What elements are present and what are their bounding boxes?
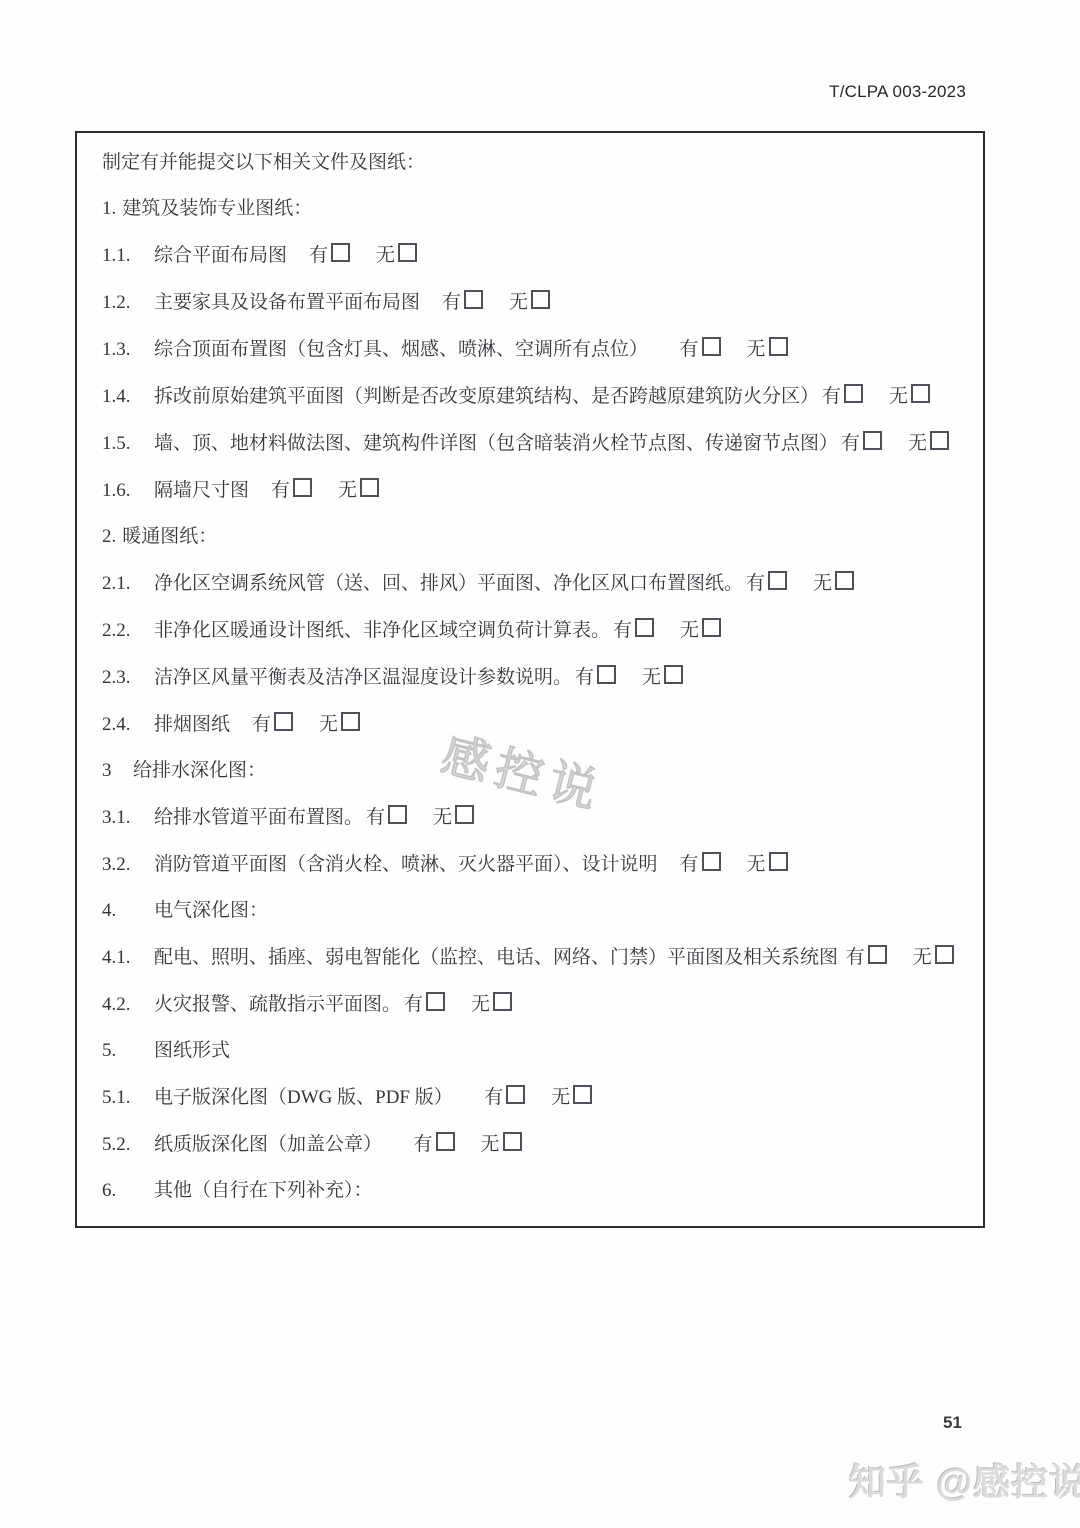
item-number: 4.2. — [102, 993, 154, 1017]
document-page: T/CLPA 003-2023 制定有并能提交以下相关文件及图纸：1.建筑及装饰… — [0, 0, 1080, 1528]
item-label: 图纸形式 — [154, 1040, 230, 1061]
checklist-row: 4.电气深化图： — [102, 899, 961, 923]
yes-no-checkboxes: 有无 — [846, 947, 954, 968]
no-option: 无 — [319, 712, 360, 737]
no-option: 无 — [642, 665, 683, 690]
yes-option: 有 — [414, 1132, 455, 1157]
no-checkbox[interactable] — [531, 290, 550, 309]
checklist-row: 1.5.墙、顶、地材料做法图、建筑构件详图（包含暗装消火栓节点图、传递窗节点图）… — [102, 431, 961, 456]
checklist-row: 5.1.电子版深化图（DWG 版、PDF 版） 有无 — [102, 1085, 961, 1110]
yes-label: 有 — [846, 947, 865, 968]
no-label: 无 — [481, 1134, 500, 1155]
yes-option: 有 — [309, 243, 350, 268]
checklist-row: 2.1.净化区空调系统风管（送、回、排风）平面图、净化区风口布置图纸。有无 — [102, 571, 961, 596]
checklist-row: 1.4.拆改前原始建筑平面图（判断是否改变原建筑结构、是否跨越原建筑防火分区）有… — [102, 384, 961, 409]
item-label: 制定有并能提交以下相关文件及图纸： — [102, 152, 425, 173]
item-label: 其他（自行在下列补充）： — [154, 1180, 373, 1201]
yes-no-checkboxes: 有无 — [613, 620, 721, 641]
item-number: 1.3. — [102, 338, 154, 362]
no-option: 无 — [680, 618, 721, 643]
yes-checkbox[interactable] — [388, 805, 407, 824]
no-option: 无 — [481, 1132, 522, 1157]
yes-no-checkboxes: 有无 — [746, 573, 854, 594]
yes-option: 有 — [680, 337, 721, 362]
yes-option: 有 — [613, 618, 654, 643]
no-label: 无 — [747, 339, 766, 360]
checklist-row: 1.建筑及装饰专业图纸： — [102, 197, 961, 221]
yes-checkbox[interactable] — [702, 852, 721, 871]
yes-option: 有 — [846, 945, 887, 970]
checklist-row: 1.2.主要家具及设备布置平面布局图 有无 — [102, 290, 961, 315]
yes-no-checkboxes: 有无 — [414, 1134, 522, 1155]
yes-option: 有 — [822, 384, 863, 409]
checklist-row: 2.2.非净化区暖通设计图纸、非净化区域空调负荷计算表。有无 — [102, 618, 961, 643]
item-label: 净化区空调系统风管（送、回、排风）平面图、净化区风口布置图纸。 — [154, 573, 743, 594]
yes-no-checkboxes: 有无 — [366, 807, 474, 828]
yes-no-checkboxes: 有无 — [484, 1087, 592, 1108]
yes-option: 有 — [746, 571, 787, 596]
item-number: 5.2. — [102, 1133, 154, 1157]
yes-checkbox[interactable] — [436, 1132, 455, 1151]
no-checkbox[interactable] — [935, 945, 954, 964]
no-label: 无 — [747, 854, 766, 875]
no-label: 无 — [913, 947, 932, 968]
no-label: 无 — [889, 386, 908, 407]
no-option: 无 — [551, 1085, 592, 1110]
yes-no-checkboxes: 有无 — [271, 480, 379, 501]
item-number: 2.2. — [102, 619, 154, 643]
checklist-rows: 制定有并能提交以下相关文件及图纸：1.建筑及装饰专业图纸：1.1.综合平面布局图… — [102, 151, 961, 1203]
yes-label: 有 — [746, 573, 765, 594]
checklist-row: 2.暖通图纸： — [102, 525, 961, 549]
yes-no-checkboxes: 有无 — [680, 854, 788, 875]
yes-checkbox[interactable] — [426, 992, 445, 1011]
checklist-row: 3给排水深化图： — [102, 759, 961, 783]
yes-checkbox[interactable] — [868, 945, 887, 964]
no-label: 无 — [680, 620, 699, 641]
item-label: 墙、顶、地材料做法图、建筑构件详图（包含暗装消火栓节点图、传递窗节点图） — [154, 433, 838, 454]
yes-label: 有 — [680, 854, 699, 875]
checklist-row: 1.1.综合平面布局图 有无 — [102, 243, 961, 268]
yes-label: 有 — [271, 480, 290, 501]
checklist-row: 4.2.火灾报警、疏散指示平面图。有无 — [102, 992, 961, 1017]
yes-checkbox[interactable] — [597, 665, 616, 684]
item-label: 给排水深化图： — [133, 760, 266, 781]
no-label: 无 — [908, 433, 927, 454]
item-number: 1.4. — [102, 385, 154, 409]
no-label: 无 — [813, 573, 832, 594]
item-label: 隔墙尺寸图 — [154, 480, 268, 501]
item-number: 1.6. — [102, 479, 154, 503]
item-number: 5. — [102, 1039, 154, 1063]
yes-no-checkboxes: 有无 — [822, 386, 930, 407]
no-checkbox[interactable] — [769, 337, 788, 356]
yes-label: 有 — [414, 1134, 433, 1155]
item-number: 2.3. — [102, 666, 154, 690]
checklist-row: 5.2.纸质版深化图（加盖公章） 有无 — [102, 1132, 961, 1157]
no-label: 无 — [433, 807, 452, 828]
item-number: 1. — [102, 197, 116, 221]
yes-no-checkboxes: 有无 — [442, 292, 550, 313]
item-label: 拆改前原始建筑平面图（判断是否改变原建筑结构、是否跨越原建筑防火分区） — [154, 386, 819, 407]
no-option: 无 — [913, 945, 954, 970]
no-option: 无 — [813, 571, 854, 596]
no-checkbox[interactable] — [503, 1132, 522, 1151]
item-label: 火灾报警、疏散指示平面图。 — [154, 994, 401, 1015]
yes-option: 有 — [271, 478, 312, 503]
item-label: 消防管道平面图（含消火栓、喷淋、灭火器平面）、设计说明 — [154, 854, 677, 875]
page-number: 51 — [943, 1413, 962, 1433]
yes-checkbox[interactable] — [702, 337, 721, 356]
no-checkbox[interactable] — [835, 571, 854, 590]
yes-option: 有 — [442, 290, 483, 315]
yes-label: 有 — [252, 714, 271, 735]
yes-label: 有 — [680, 339, 699, 360]
yes-checkbox[interactable] — [635, 618, 654, 637]
yes-checkbox[interactable] — [844, 384, 863, 403]
yes-no-checkboxes: 有无 — [841, 433, 949, 454]
standard-code: T/CLPA 003-2023 — [829, 82, 966, 102]
no-option: 无 — [376, 243, 417, 268]
item-label: 主要家具及设备布置平面布局图 — [154, 292, 439, 313]
item-number: 3.2. — [102, 853, 154, 877]
no-checkbox[interactable] — [455, 805, 474, 824]
item-label: 纸质版深化图（加盖公章） — [154, 1134, 411, 1155]
no-checkbox[interactable] — [493, 992, 512, 1011]
item-number: 6. — [102, 1179, 154, 1203]
item-number: 4. — [102, 899, 154, 923]
no-checkbox[interactable] — [341, 712, 360, 731]
checklist-row: 2.3.洁净区风量平衡表及洁净区温湿度设计参数说明。有无 — [102, 665, 961, 690]
no-checkbox[interactable] — [911, 384, 930, 403]
item-number: 3.1. — [102, 806, 154, 830]
no-option: 无 — [338, 478, 379, 503]
no-label: 无 — [509, 292, 528, 313]
no-label: 无 — [471, 994, 490, 1015]
yes-checkbox[interactable] — [464, 290, 483, 309]
yes-no-checkboxes: 有无 — [404, 994, 512, 1015]
checklist-row: 制定有并能提交以下相关文件及图纸： — [102, 151, 961, 175]
yes-no-checkboxes: 有无 — [575, 667, 683, 688]
no-checkbox[interactable] — [664, 665, 683, 684]
yes-no-checkboxes: 有无 — [252, 714, 360, 735]
yes-checkbox[interactable] — [506, 1085, 525, 1104]
yes-label: 有 — [309, 245, 328, 266]
item-number: 2.1. — [102, 572, 154, 596]
yes-checkbox[interactable] — [863, 431, 882, 450]
no-option: 无 — [889, 384, 930, 409]
no-checkbox[interactable] — [573, 1085, 592, 1104]
item-label: 电子版深化图（DWG 版、PDF 版） — [154, 1087, 481, 1108]
item-number: 2. — [102, 525, 116, 549]
item-label: 非净化区暖通设计图纸、非净化区域空调负荷计算表。 — [154, 620, 610, 641]
yes-option: 有 — [575, 665, 616, 690]
checklist-box: 制定有并能提交以下相关文件及图纸：1.建筑及装饰专业图纸：1.1.综合平面布局图… — [75, 131, 985, 1228]
item-number: 5.1. — [102, 1086, 154, 1110]
item-label: 洁净区风量平衡表及洁净区温湿度设计参数说明。 — [154, 667, 572, 688]
yes-no-checkboxes: 有无 — [309, 245, 417, 266]
no-option: 无 — [747, 852, 788, 877]
yes-option: 有 — [841, 431, 882, 456]
item-label: 排烟图纸 — [154, 714, 249, 735]
item-label: 电气深化图： — [154, 900, 268, 921]
yes-option: 有 — [680, 852, 721, 877]
checklist-row: 4.1.配电、照明、插座、弱电智能化（监控、电话、网络、门禁）平面图及相关系统图… — [102, 945, 961, 970]
yes-no-checkboxes: 有无 — [680, 339, 788, 360]
no-checkbox[interactable] — [769, 852, 788, 871]
checklist-row: 1.3.综合顶面布置图（包含灯具、烟感、喷淋、空调所有点位） 有无 — [102, 337, 961, 362]
item-label: 建筑及装饰专业图纸： — [122, 198, 312, 219]
no-checkbox[interactable] — [702, 618, 721, 637]
yes-option: 有 — [404, 992, 445, 1017]
checklist-row: 6.其他（自行在下列补充）： — [102, 1179, 961, 1203]
item-label: 综合平面布局图 — [154, 245, 306, 266]
no-label: 无 — [642, 667, 661, 688]
yes-label: 有 — [613, 620, 632, 641]
item-label: 暖通图纸： — [122, 526, 217, 547]
item-number: 1.1. — [102, 244, 154, 268]
yes-checkbox[interactable] — [293, 478, 312, 497]
item-label: 配电、照明、插座、弱电智能化（监控、电话、网络、门禁）平面图及相关系统图 — [154, 947, 843, 968]
yes-label: 有 — [575, 667, 594, 688]
no-option: 无 — [433, 805, 474, 830]
no-label: 无 — [338, 480, 357, 501]
yes-checkbox[interactable] — [331, 243, 350, 262]
yes-option: 有 — [484, 1085, 525, 1110]
no-option: 无 — [509, 290, 550, 315]
item-number: 1.2. — [102, 291, 154, 315]
no-option: 无 — [471, 992, 512, 1017]
no-label: 无 — [319, 714, 338, 735]
yes-label: 有 — [822, 386, 841, 407]
no-checkbox[interactable] — [398, 243, 417, 262]
no-option: 无 — [908, 431, 949, 456]
yes-label: 有 — [404, 994, 423, 1015]
no-checkbox[interactable] — [360, 478, 379, 497]
checklist-row: 1.6.隔墙尺寸图 有无 — [102, 478, 961, 503]
item-number: 1.5. — [102, 432, 154, 456]
item-label: 给排水管道平面布置图。 — [154, 807, 363, 828]
no-option: 无 — [747, 337, 788, 362]
no-label: 无 — [551, 1087, 570, 1108]
yes-option: 有 — [366, 805, 407, 830]
yes-checkbox[interactable] — [768, 571, 787, 590]
item-number: 4.1. — [102, 946, 154, 970]
yes-option: 有 — [252, 712, 293, 737]
no-checkbox[interactable] — [930, 431, 949, 450]
yes-checkbox[interactable] — [274, 712, 293, 731]
checklist-row: 3.2.消防管道平面图（含消火栓、喷淋、灭火器平面）、设计说明 有无 — [102, 852, 961, 877]
checklist-row: 5.图纸形式 — [102, 1039, 961, 1063]
item-label: 综合顶面布置图（包含灯具、烟感、喷淋、空调所有点位） — [154, 339, 677, 360]
yes-label: 有 — [366, 807, 385, 828]
yes-label: 有 — [841, 433, 860, 454]
item-number: 2.4. — [102, 713, 154, 737]
checklist-row: 3.1.给排水管道平面布置图。有无 — [102, 805, 961, 830]
yes-label: 有 — [484, 1087, 503, 1108]
watermark-zhihu: 知乎 @感控说 — [849, 1452, 1080, 1506]
checklist-row: 2.4.排烟图纸 有无 — [102, 712, 961, 737]
item-number: 3 — [102, 759, 133, 783]
no-label: 无 — [376, 245, 395, 266]
yes-label: 有 — [442, 292, 461, 313]
